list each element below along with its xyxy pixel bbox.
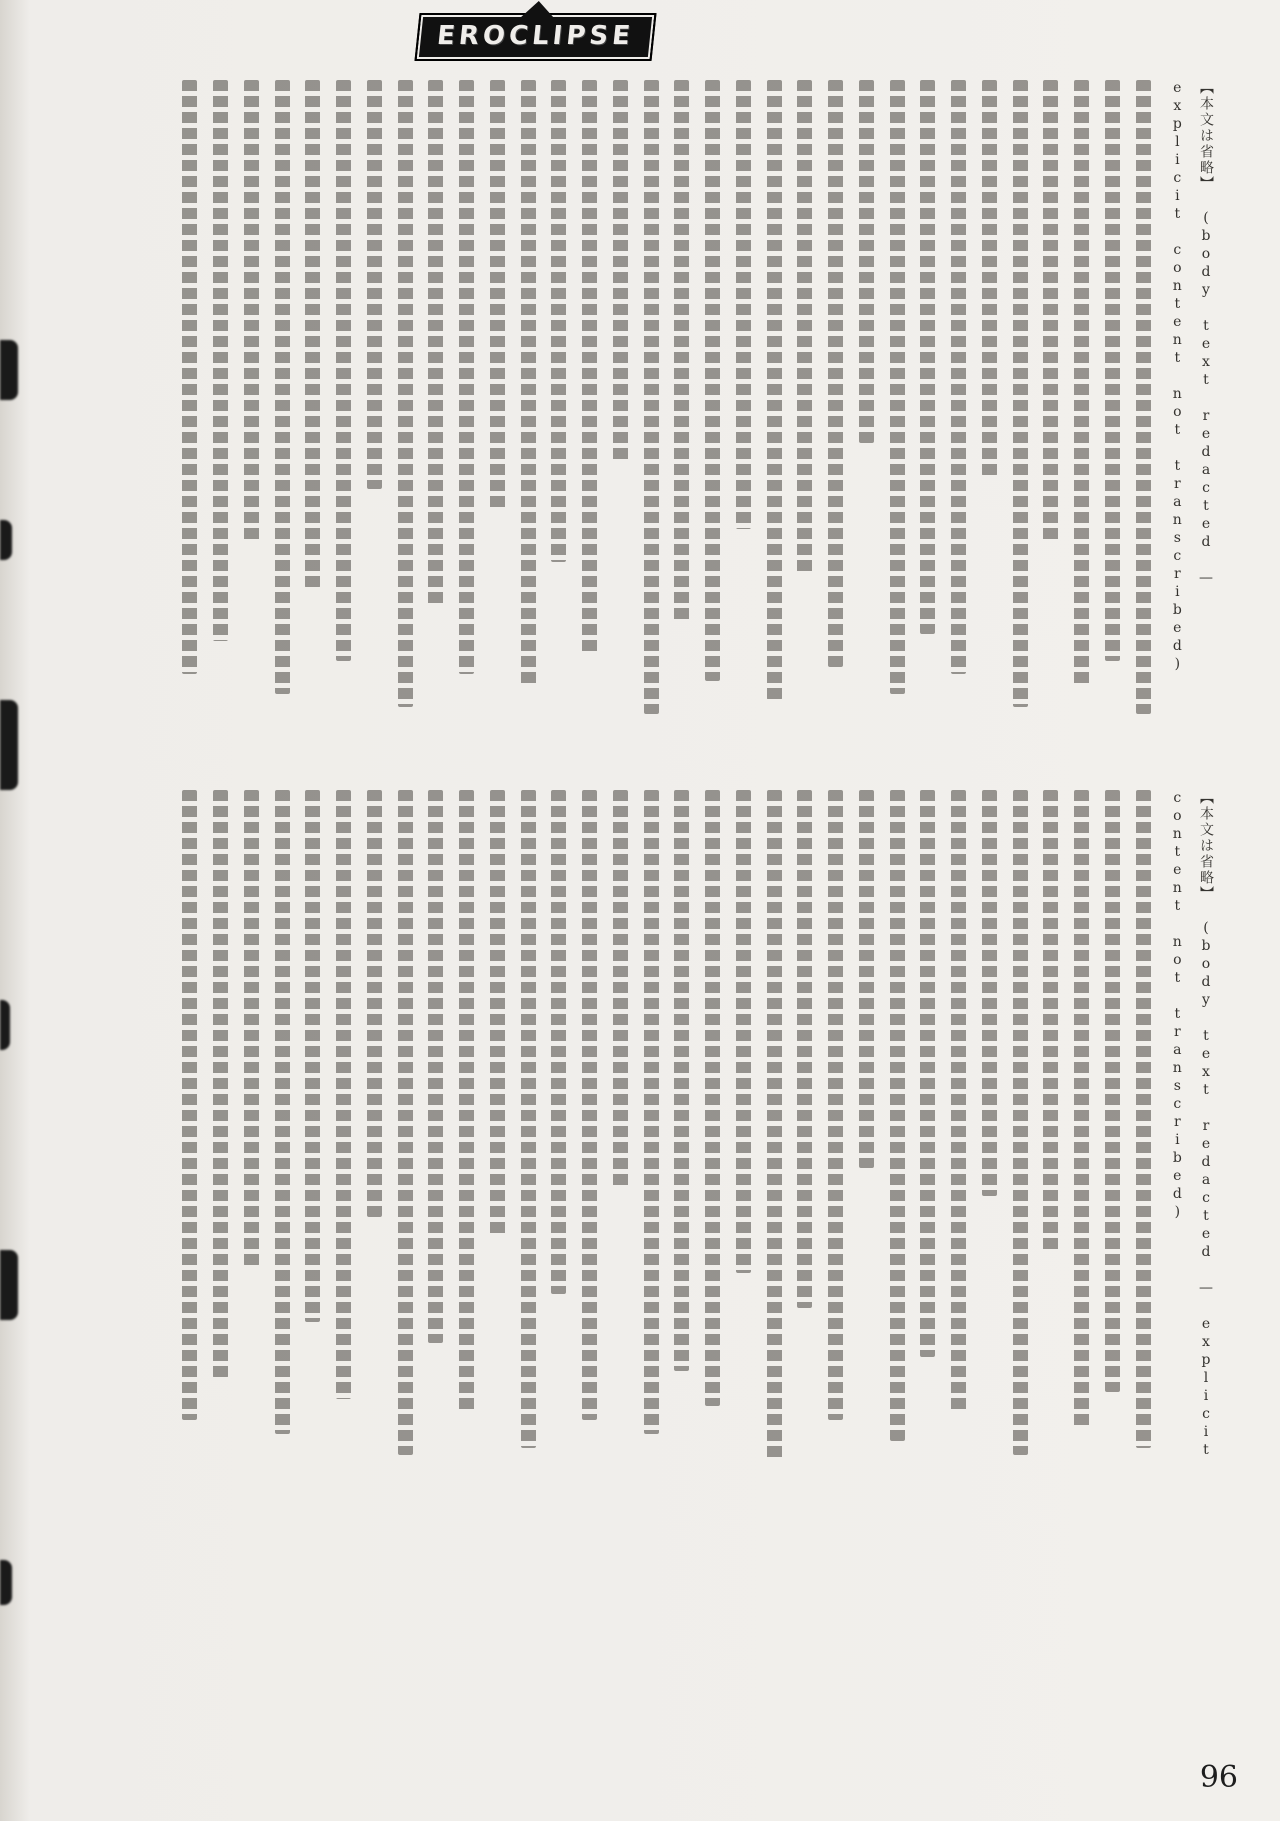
upper-text-band: 【本文は省略】 (body text redacted — explicit c… — [40, 80, 1220, 740]
logo-spike-icon — [521, 1, 555, 17]
page-number: 96 — [1200, 1760, 1238, 1795]
logo-text: EROCLIPSE — [435, 21, 635, 51]
series-logo: EROCLIPSE — [430, 8, 640, 66]
redaction-notice: 【本文は省略】 (body text redacted — explicit c… — [1163, 80, 1220, 740]
lower-text-band: 【本文は省略】 (body text redacted — explicit c… — [40, 790, 1220, 1490]
redaction-notice: 【本文は省略】 (body text redacted — explicit c… — [1163, 790, 1220, 1490]
scan-artifacts — [0, 0, 26, 1821]
scanned-page: EROCLIPSE 【本文は省略】 (body text redacted — … — [0, 0, 1280, 1821]
